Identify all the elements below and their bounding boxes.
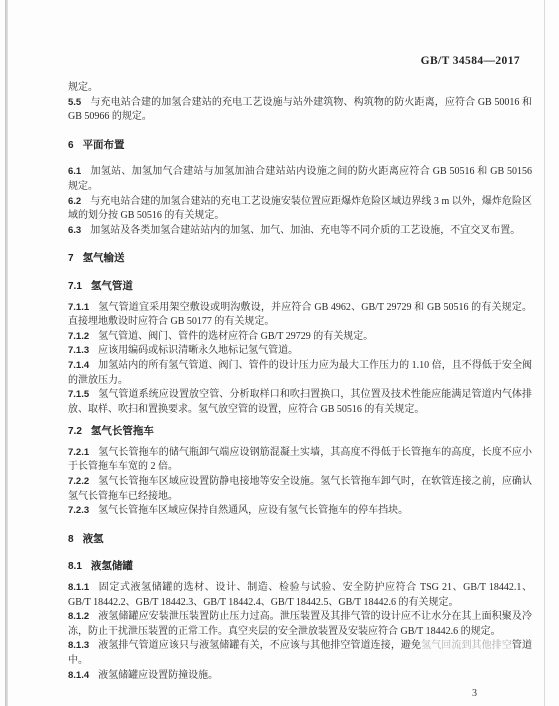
clause-number: 8.1.4: [68, 670, 89, 681]
scan-edge-left: [5, 0, 8, 706]
clause-number: 6.2: [68, 196, 81, 207]
section-heading: 7.2氢气长管拖车: [68, 424, 532, 440]
heading-title: 氢气管道: [91, 280, 133, 292]
section-heading: 8.1液氢储罐: [68, 559, 532, 575]
document-body: 规定。5.5与充电站合建的加氢合建站的充电工艺设施与站外建筑物、构筑物的防火距离…: [68, 81, 532, 683]
clause-paragraph: 8.1.3液氢排气管道应该只与液氢储罐有关，不应该与其他排空管道连接，避免氢气回…: [68, 639, 532, 668]
clause-paragraph: 5.5与充电站合建的加氢合建站的充电工艺设施与站外建筑物、构筑物的防火距离，应符…: [68, 96, 532, 125]
clause-paragraph: 7.2.3氢气长管拖车区域应保持自然通风，应设有氢气长管拖车的停车挡块。: [68, 504, 532, 519]
clause-paragraph: 6.3加氢站及各类加氢合建站站内的加氢、加气、加油、充电等不同介质的工艺设施，不…: [68, 224, 532, 239]
page-number: 3: [472, 688, 477, 699]
clause-number: 7.1.5: [68, 389, 89, 400]
scan-edge-right: [544, 0, 545, 706]
clause-paragraph: 6.2与充电站合建的加氢合建站的充电工艺设施安装位置应距爆炸危险区域边界线 3 …: [68, 195, 532, 224]
heading-number: 8.1: [68, 561, 82, 572]
clause-number: 6.1: [68, 166, 81, 177]
clause-number: 7.1.4: [68, 360, 89, 371]
heading-number: 6: [68, 140, 74, 151]
clause-number: 7.2.1: [68, 447, 89, 458]
heading-title: 液氢: [83, 533, 104, 545]
clause-number: 8.1.2: [68, 611, 89, 622]
clause-paragraph: 7.1.5氢气管道系统应设置放空管、分析取样口和吹扫置换口，其位置及技术性能应能…: [68, 388, 532, 417]
clause-number: 7.1.3: [68, 345, 89, 356]
clause-number: 8.1.1: [68, 582, 89, 593]
clause-paragraph: 7.1.3应该用编码或标识清晰永久地标记氢气管道。: [68, 344, 532, 359]
clause-paragraph: 7.2.1氢气长管拖车的储气瓶卸气端应设钢筋混凝土实墙，其高度不得低于长管拖车的…: [68, 446, 532, 475]
chapter-heading: 7氢气输送: [68, 251, 532, 267]
heading-title: 平面布置: [83, 139, 125, 151]
heading-title: 液氢储罐: [91, 560, 133, 572]
clause-number: 8.1.3: [68, 640, 89, 651]
clause-number: 7.2.2: [68, 476, 89, 487]
clause-paragraph: 8.1.2液氢储罐应安装泄压装置防止压力过高。泄压装置及其排气管的设计应不让水分…: [68, 610, 532, 639]
heading-number: 7: [68, 253, 74, 264]
faded-print-text: 氢气回流到其他排空: [421, 640, 512, 651]
document-page: GB/T 34584—2017 规定。5.5与充电站合建的加氢合建站的充电工艺设…: [0, 0, 559, 706]
chapter-heading: 8液氢: [68, 532, 532, 548]
heading-number: 7.1: [68, 281, 82, 292]
heading-number: 8: [68, 534, 74, 545]
heading-number: 7.2: [68, 426, 82, 437]
clause-number: 5.5: [68, 97, 81, 108]
section-heading: 7.1氢气管道: [68, 279, 532, 295]
heading-title: 氢气输送: [83, 252, 125, 264]
clause-paragraph: 7.1.4加氢站内的所有氢气管道、阀门、管件的设计压力应为最大工作压力的 1.1…: [68, 359, 532, 388]
clause-number: 7.1.2: [68, 331, 89, 342]
chapter-heading: 6平面布置: [68, 138, 532, 154]
clause-paragraph: 8.1.1固定式液氢储罐的选材、设计、制造、检验与试验、安全防护应符合 TSG …: [68, 581, 532, 610]
clause-paragraph: 7.1.2氢气管道、阀门、管件的选材应符合 GB/T 29729 的有关规定。: [68, 330, 532, 345]
clause-paragraph: 6.1加氢站、加氢加气合建站与加氢加油合建站站内设施之间的防火距离应符合 GB …: [68, 165, 532, 194]
clause-number: 7.2.3: [68, 505, 89, 516]
clause-number: 7.1.1: [68, 302, 89, 313]
clause-paragraph: 7.1.1氢气管道宜采用架空敷设或明沟敷设，并应符合 GB 4962、GB/T …: [68, 301, 532, 330]
continuation-paragraph: 规定。: [68, 81, 532, 96]
clause-number: 6.3: [68, 225, 81, 236]
standard-code-header: GB/T 34584—2017: [68, 55, 520, 67]
heading-title: 氢气长管拖车: [91, 425, 154, 437]
clause-paragraph: 7.2.2氢气长管拖车区域应设置防静电接地等安全设施。氢气长管拖车卸气时，在软管…: [68, 475, 532, 504]
clause-paragraph: 8.1.4液氢储罐应设置防撞设施。: [68, 669, 532, 684]
